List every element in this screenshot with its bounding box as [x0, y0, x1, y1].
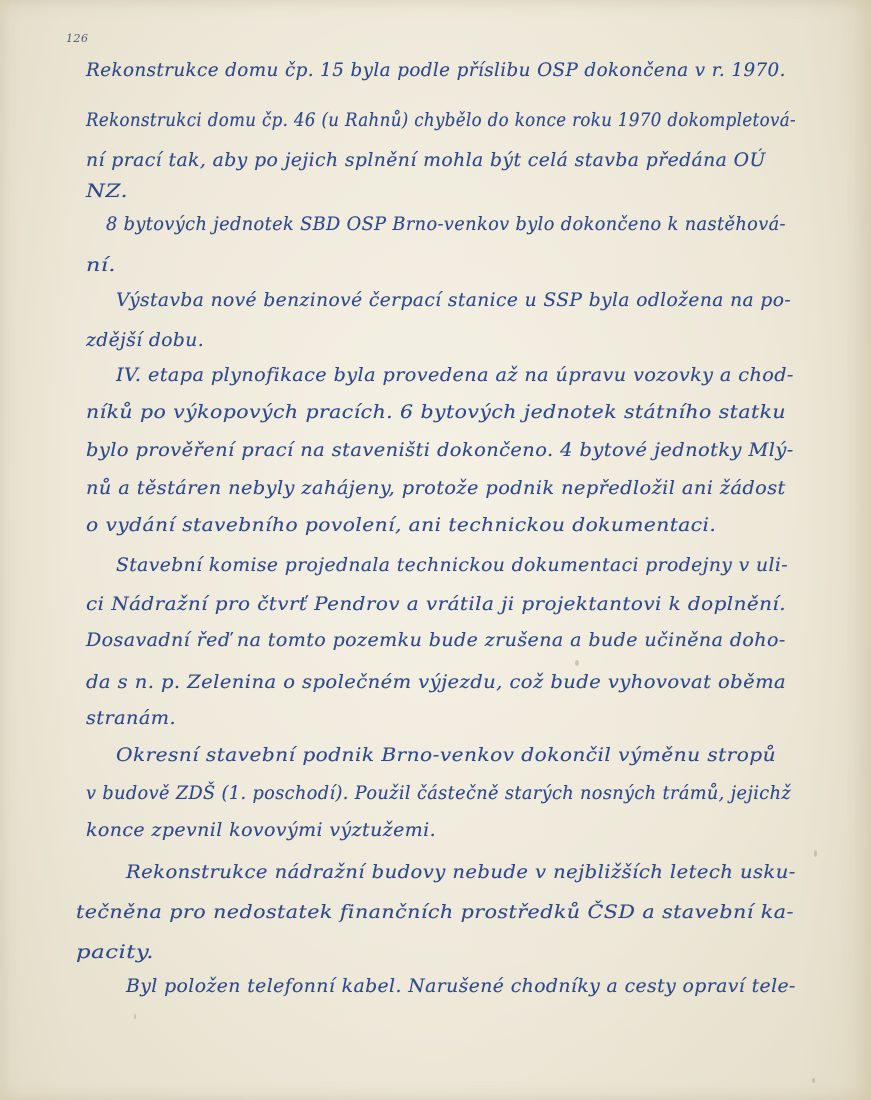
handwritten-line: bylo prověření prací na staveništi dokon… — [86, 440, 794, 461]
handwritten-line: NZ. — [86, 181, 128, 202]
handwritten-line: v budově ZDŠ (1. poschodí). Použil částe… — [86, 783, 791, 804]
handwritten-line: Stavební komise projednala technickou do… — [116, 555, 788, 576]
handwritten-line: Rekonstrukci domu čp. 46 (u Rahnů) chybě… — [86, 110, 796, 131]
handwritten-line: Rekonstrukce nádražní budovy nebude v ne… — [126, 862, 796, 883]
handwritten-document-page: 126 Rekonstrukce domu čp. 15 byla podle … — [0, 0, 871, 1100]
handwritten-line: zdější dobu. — [86, 330, 204, 351]
handwritten-line: Rekonstrukce domu čp. 15 byla podle přís… — [86, 60, 786, 81]
page-number: 126 — [66, 32, 89, 45]
handwritten-line: ní. — [86, 255, 116, 276]
handwritten-line: Výstavba nové benzinové čerpací stanice … — [116, 290, 791, 311]
handwritten-line: ní prací tak, aby po jejich splnění mohl… — [86, 150, 766, 171]
handwritten-line: tečněna pro nedostatek finančních prostř… — [76, 902, 794, 923]
handwritten-line: ci Nádražní pro čtvrť Pendrov a vrátila … — [86, 594, 786, 615]
paper-speck — [812, 1078, 815, 1083]
handwritten-line: o vydání stavebního povolení, ani techni… — [86, 515, 716, 536]
handwritten-line: pacity. — [76, 942, 154, 963]
handwritten-line: níků po výkopových pracích. 6 bytových j… — [86, 402, 786, 423]
handwritten-line: 8 bytových jednotek SBD OSP Brno-venkov … — [106, 214, 786, 235]
handwritten-line: Dosavadní řeď na tomto pozemku bude zruš… — [86, 630, 786, 651]
paper-speck — [814, 850, 817, 857]
handwritten-line: da s n. p. Zelenina o společném výjezdu,… — [86, 672, 786, 693]
handwritten-line: Byl položen telefonní kabel. Narušené ch… — [126, 976, 796, 997]
paper-speck — [575, 660, 579, 666]
handwritten-line: nů a těstáren nebyly zahájeny, protože p… — [86, 478, 786, 499]
paper-speck — [134, 1014, 136, 1019]
handwritten-line: IV. etapa plynofikace byla provedena až … — [116, 365, 794, 386]
handwritten-line: stranám. — [86, 708, 176, 729]
handwritten-line: Okresní stavební podnik Brno-venkov doko… — [116, 745, 776, 766]
handwritten-line: konce zpevnil kovovými výztužemi. — [86, 820, 436, 841]
